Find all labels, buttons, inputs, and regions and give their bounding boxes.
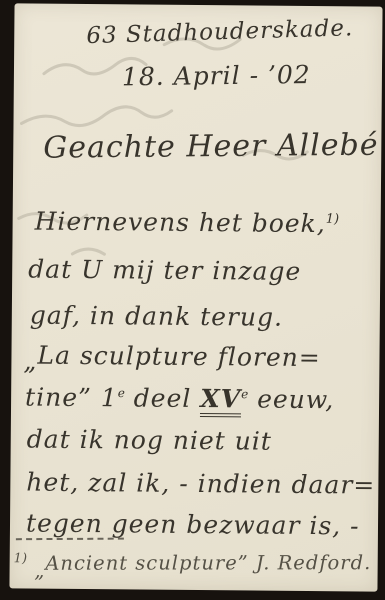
body-line-1-text: Hiernevens het boek, [35, 207, 326, 239]
body-line-5-mid: deel [125, 383, 201, 413]
body-line-5-pre: tine” 1 [25, 383, 118, 413]
footnote-reference-mark: 1) [326, 212, 339, 227]
low-opening-quote: „ [23, 346, 37, 375]
letter-content: 63 Stadhouderskade. 18. April - ’02 Geac… [9, 3, 382, 591]
letter-card: 63 Stadhouderskade. 18. April - ’02 Geac… [9, 3, 382, 591]
body-line-8: tegen geen bezwaar is, - [26, 509, 360, 541]
body-line-6: dat ik nog niet uit [27, 425, 272, 456]
date-line: 18. April - ’02 [122, 60, 311, 91]
body-line-2: dat U mij ter inzage [28, 255, 301, 286]
body-line-1: Hiernevens het boek,1) [35, 207, 340, 239]
body-line-3: gaf, in dank terug. [30, 301, 283, 332]
roman-numeral-underlined: XV [200, 384, 241, 417]
low-opening-quote: „ [34, 559, 45, 582]
footnote-line: 1) „Ancient sculpture” J. Redford. [14, 551, 372, 575]
footnote-text: Ancient sculpture” J. Redford. [45, 551, 371, 575]
salutation-line: Geachte Heer Allebé [43, 128, 378, 166]
body-line-5-post: eeuw, [248, 384, 334, 414]
body-line-4: „La sculpture floren= [23, 340, 321, 372]
body-line-4-text: La sculpture floren= [37, 341, 321, 372]
photo-background: 63 Stadhouderskade. 18. April - ’02 Geac… [0, 0, 385, 600]
body-line-5: tine” 1e deel XVe eeuw, [25, 383, 334, 415]
footnote-marker: 1) [14, 551, 27, 566]
footnote-separator-rule [16, 538, 124, 541]
address-line: 63 Stadhouderskade. [86, 15, 354, 49]
body-line-7: het, zal ik, - indien daar= [26, 468, 375, 500]
